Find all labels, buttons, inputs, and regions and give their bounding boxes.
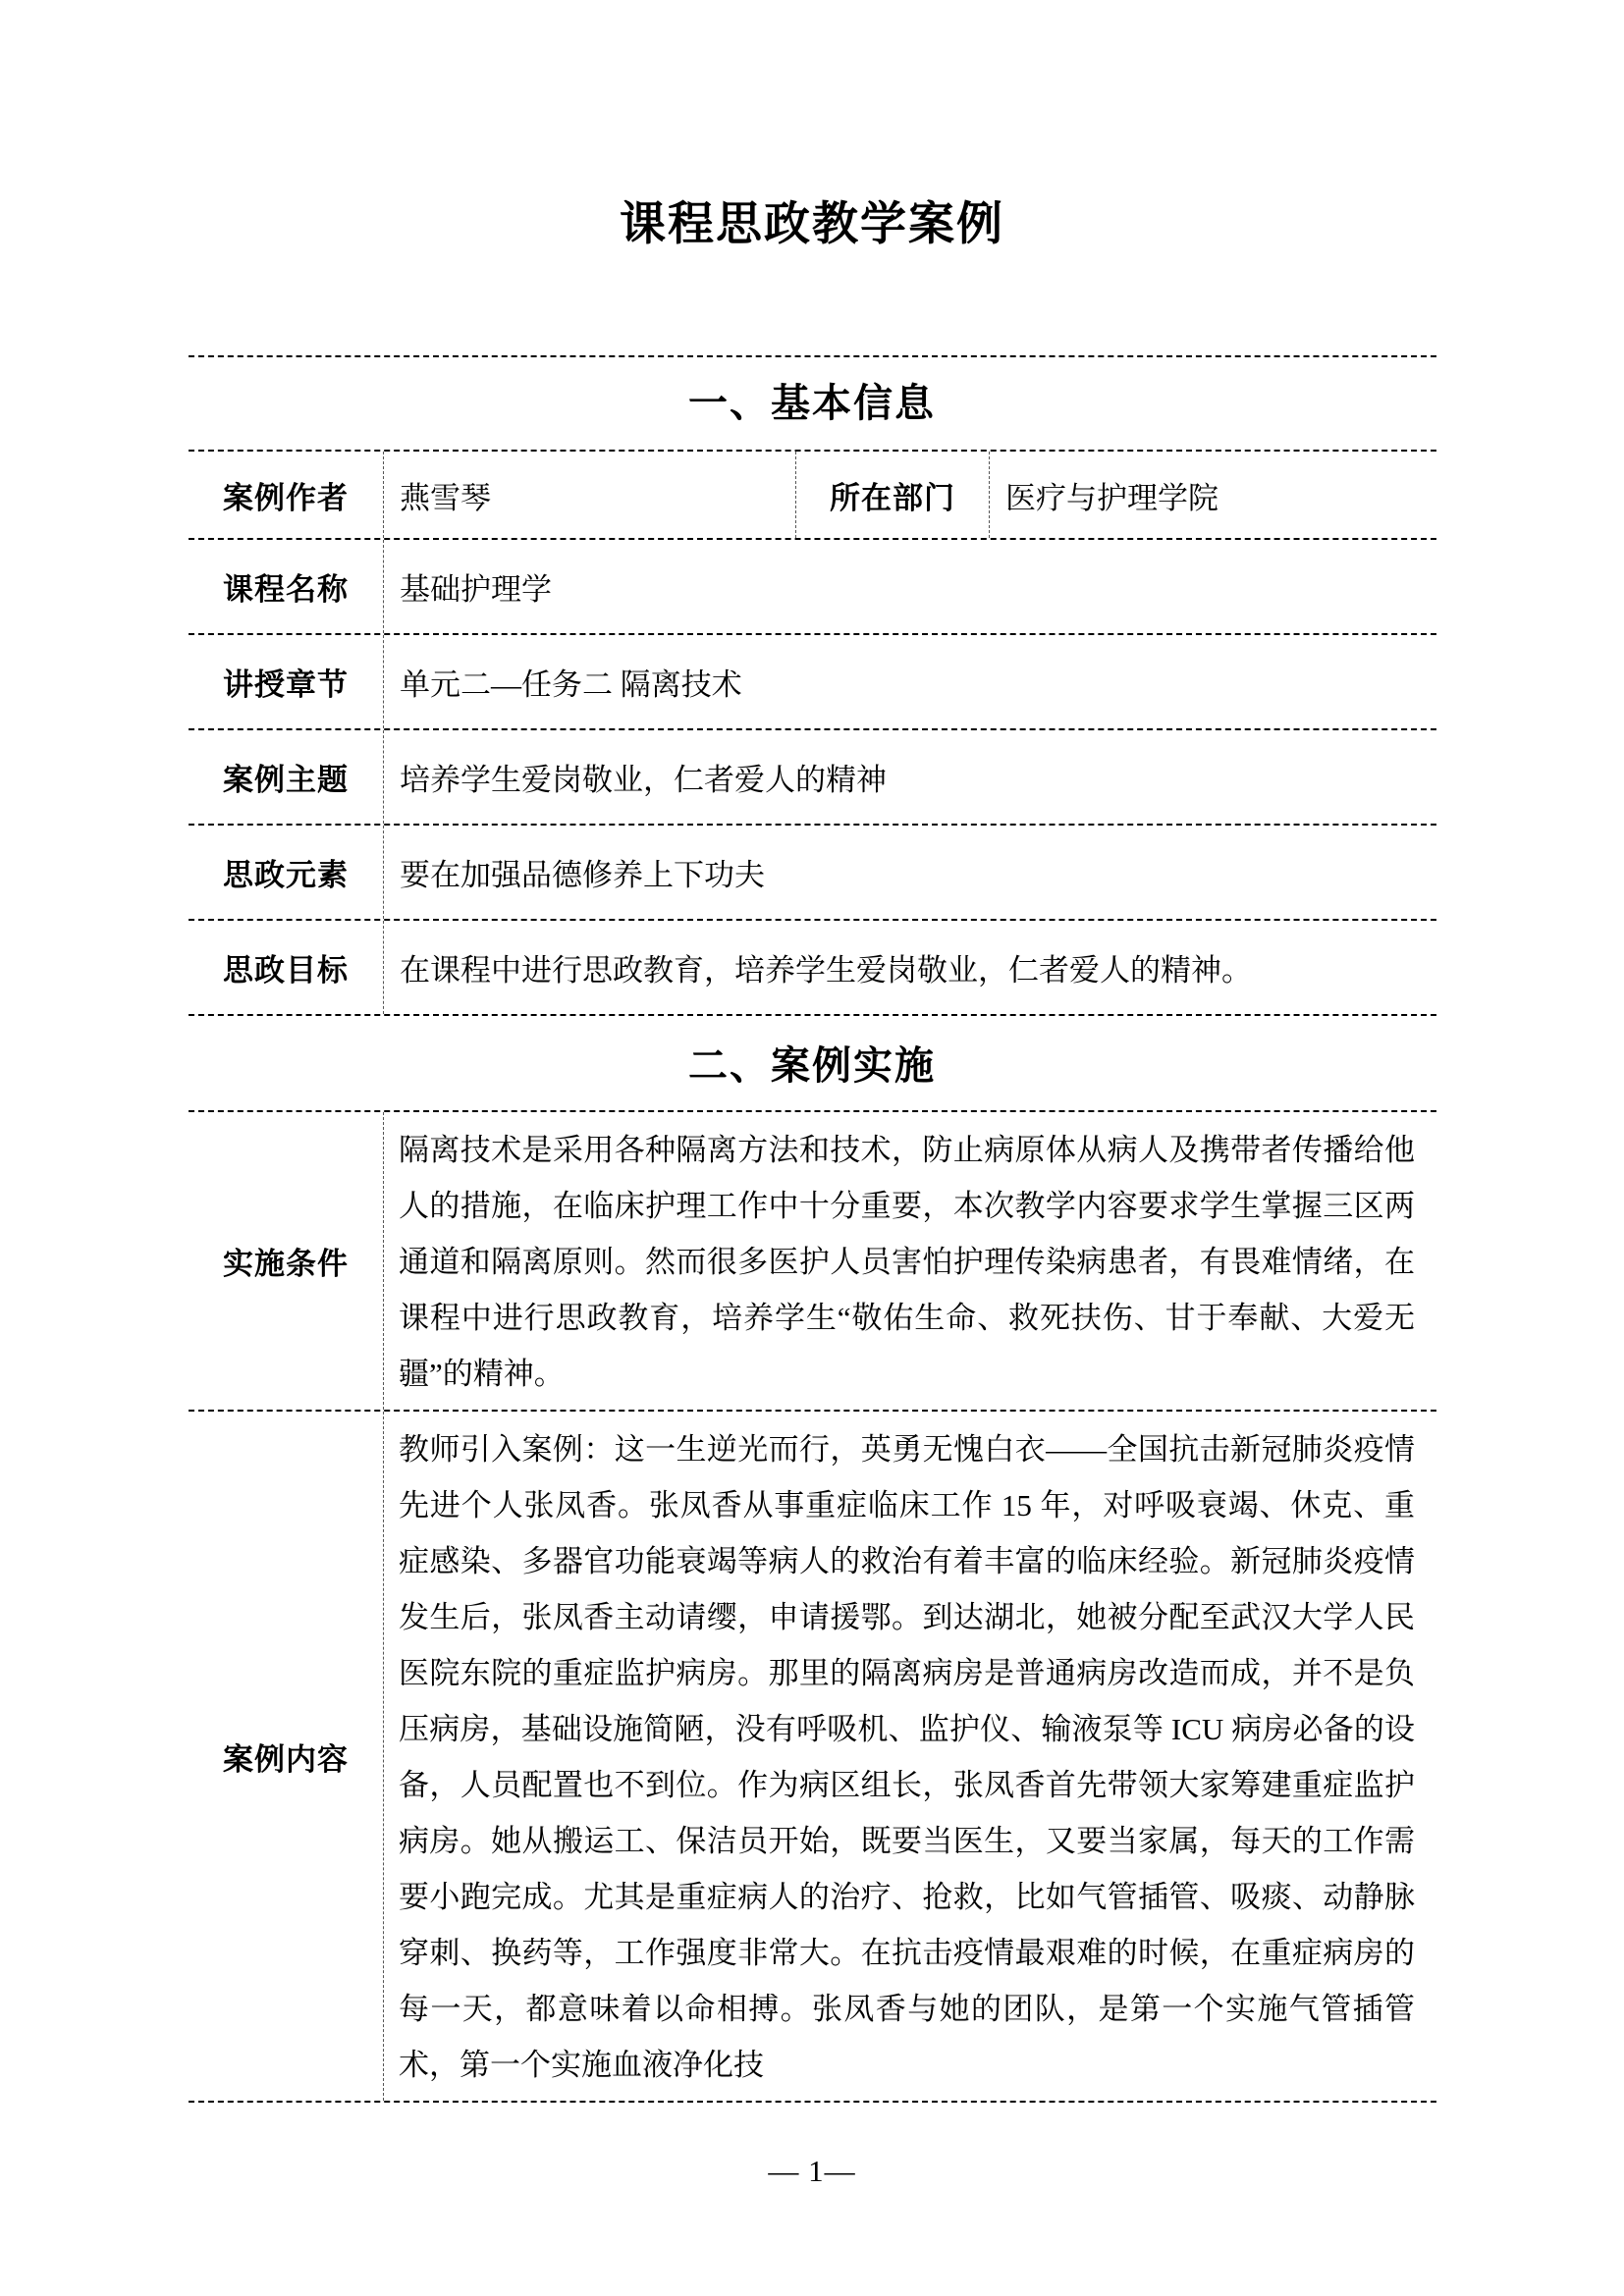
table-row-author-department: 案例作者 燕雪琴 所在部门 医疗与护理学院 bbox=[189, 452, 1436, 540]
document-page: 课程思政教学案例 一、基本信息 案例作者 燕雪琴 所在部门 医疗与护理学院 课程… bbox=[0, 0, 1624, 2296]
section-heading-basic-info: 一、基本信息 bbox=[0, 379, 1624, 428]
department-value: 医疗与护理学院 bbox=[989, 452, 1436, 538]
page-number: — 1— bbox=[0, 2154, 1624, 2189]
chapter-value: 单元二—任务二 隔离技术 bbox=[383, 635, 1436, 728]
case-content-paragraph: 教师引入案例：这一生逆光而行，英勇无愧白衣——全国抗击新冠肺炎疫情先进个人张凤香… bbox=[383, 1412, 1436, 2101]
course-label: 课程名称 bbox=[189, 540, 383, 633]
table-row-ideology-element: 思政元素 要在加强品德修养上下功夫 bbox=[189, 826, 1436, 921]
table-row-condition: 实施条件 隔离技术是采用各种隔离方法和技术，防止病原体从病人及携带者传播给他人的… bbox=[189, 1112, 1436, 1412]
author-value: 燕雪琴 bbox=[383, 452, 795, 538]
page-title: 课程思政教学案例 bbox=[0, 0, 1624, 251]
case-content-label: 案例内容 bbox=[189, 1412, 383, 2101]
theme-value: 培养学生爱岗敬业，仁者爱人的精神 bbox=[383, 730, 1436, 824]
table-row-theme: 案例主题 培养学生爱岗敬业，仁者爱人的精神 bbox=[189, 730, 1436, 826]
table-row-case-content: 案例内容 教师引入案例：这一生逆光而行，英勇无愧白衣——全国抗击新冠肺炎疫情先进… bbox=[189, 1412, 1436, 2103]
ideology-goal-value: 在课程中进行思政教育，培养学生爱岗敬业，仁者爱人的精神。 bbox=[383, 921, 1436, 1014]
condition-label: 实施条件 bbox=[189, 1112, 383, 1410]
ideology-element-value: 要在加强品德修养上下功夫 bbox=[383, 826, 1436, 919]
ideology-element-label: 思政元素 bbox=[189, 826, 383, 919]
condition-paragraph: 隔离技术是采用各种隔离方法和技术，防止病原体从病人及携带者传播给他人的措施，在临… bbox=[383, 1112, 1436, 1410]
course-value: 基础护理学 bbox=[383, 540, 1436, 633]
basic-info-table: 案例作者 燕雪琴 所在部门 医疗与护理学院 课程名称 基础护理学 讲授章节 单元… bbox=[189, 450, 1436, 1016]
section-heading-implementation: 二、案例实施 bbox=[0, 1041, 1624, 1091]
implementation-table: 实施条件 隔离技术是采用各种隔离方法和技术，防止病原体从病人及携带者传播给他人的… bbox=[189, 1110, 1436, 2103]
divider-line bbox=[189, 355, 1436, 357]
chapter-label: 讲授章节 bbox=[189, 635, 383, 728]
table-row-ideology-goal: 思政目标 在课程中进行思政教育，培养学生爱岗敬业，仁者爱人的精神。 bbox=[189, 921, 1436, 1016]
table-row-course: 课程名称 基础护理学 bbox=[189, 540, 1436, 635]
author-label: 案例作者 bbox=[189, 452, 383, 538]
table-row-chapter: 讲授章节 单元二—任务二 隔离技术 bbox=[189, 635, 1436, 730]
department-label: 所在部门 bbox=[795, 452, 989, 538]
ideology-goal-label: 思政目标 bbox=[189, 921, 383, 1014]
theme-label: 案例主题 bbox=[189, 730, 383, 824]
